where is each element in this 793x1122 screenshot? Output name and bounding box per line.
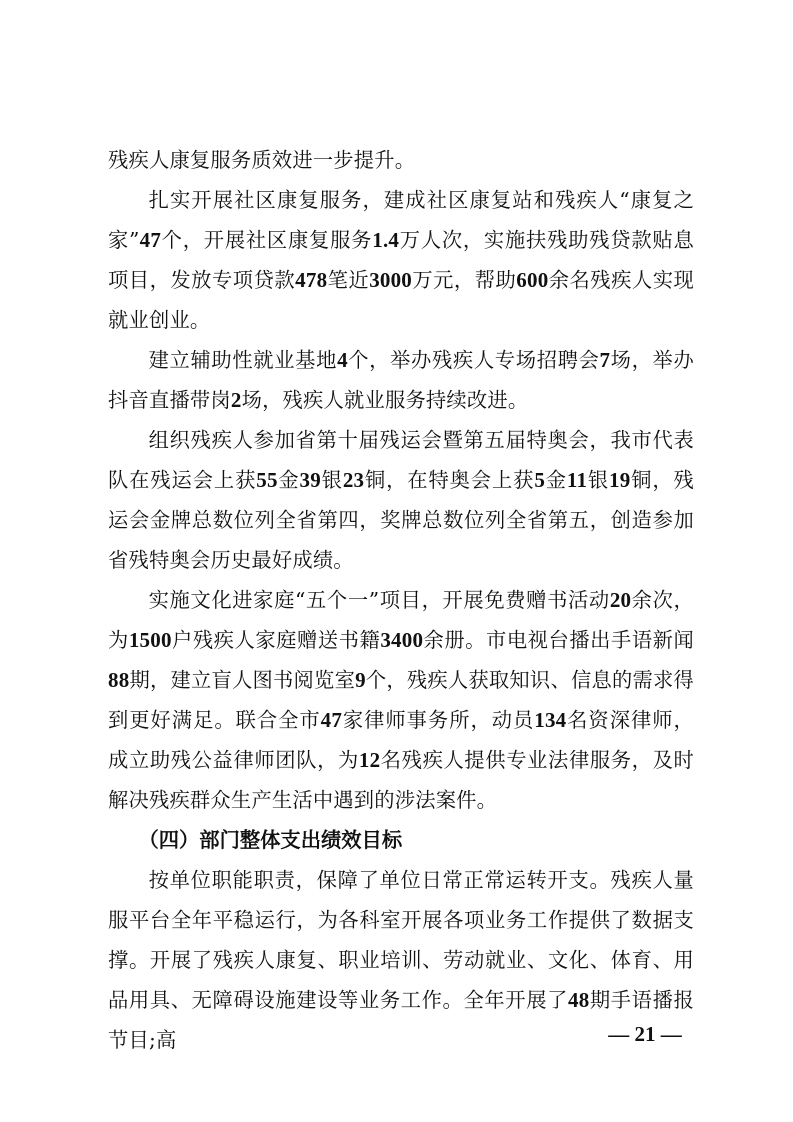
bold-figure: 4 <box>337 348 348 372</box>
text-run: 铜，在特奥会上获 <box>364 468 534 492</box>
bold-figure: 5 <box>534 468 545 492</box>
bold-figure: 55 <box>256 468 277 492</box>
text-run: 个，开展社区康复服务 <box>161 228 372 252</box>
bold-figure: 478 <box>295 268 327 292</box>
bold-figure: 39 <box>300 468 321 492</box>
text-run: 金 <box>278 468 300 492</box>
text-run: （四）部门整体支出绩效目标 <box>138 828 402 852</box>
bold-figure: 47 <box>321 708 342 732</box>
text-run: 家律师事务所，动员 <box>342 708 534 732</box>
bold-figure: 48 <box>568 988 589 1012</box>
bold-figure: 23 <box>343 468 364 492</box>
text-run: 余册。市电视台播出手语新闻 <box>423 628 694 652</box>
bold-figure: 1.4 <box>372 228 399 252</box>
text-run: 银 <box>587 468 609 492</box>
bold-figure: 20 <box>610 588 631 612</box>
paragraph-employment: 建立辅助性就业基地4个，举办残疾人专场招聘会7场，举办抖音直播带岗2场，残疾人就… <box>108 340 694 420</box>
bold-figure: 9 <box>355 668 366 692</box>
bold-figure: 12 <box>359 748 380 772</box>
paragraph-sports: 组织残疾人参加省第十届残运会暨第五届特奥会，我市代表队在残运会上获55金39银2… <box>108 420 694 580</box>
text-run: 实施文化进家庭“五个一”项目，开展免费赠书活动 <box>149 588 610 612</box>
page-number: — 21 — <box>600 1022 690 1047</box>
document-body: 残疾人康复服务质效进一步提升。 扎实开展社区康复服务，建成社区康复站和残疾人“康… <box>108 140 694 1060</box>
paragraph-community-rehab: 扎实开展社区康复服务，建成社区康复站和残疾人“康复之家”47个，开展社区康复服务… <box>108 180 694 340</box>
bold-figure: 134 <box>534 708 566 732</box>
text-run: 残疾人康复服务质效进一步提升。 <box>108 148 415 172</box>
text-run: 个，举办残疾人专场招聘会 <box>348 348 600 372</box>
bold-figure: 47 <box>140 228 161 252</box>
bold-figure: 3400 <box>380 628 423 652</box>
paragraph-culture-legal: 实施文化进家庭“五个一”项目，开展免费赠书活动20余次，为1500户残疾人家庭赠… <box>108 580 694 820</box>
paragraph-continuation: 残疾人康复服务质效进一步提升。 <box>108 140 694 180</box>
text-run: 笔近 <box>327 268 369 292</box>
bold-figure: 88 <box>108 668 129 692</box>
bold-figure: 7 <box>600 348 611 372</box>
section-heading: （四）部门整体支出绩效目标 <box>108 820 694 860</box>
bold-figure: 11 <box>567 468 587 492</box>
text-run: 户残疾人家庭赠送书籍 <box>172 628 381 652</box>
text-run: 建立辅助性就业基地 <box>149 348 337 372</box>
text-run: 场，残疾人就业服务持续改进。 <box>242 388 529 412</box>
text-run: 金 <box>545 468 567 492</box>
bold-figure: 600 <box>516 268 548 292</box>
bold-figure: 1500 <box>129 628 172 652</box>
bold-figure: 2 <box>231 388 242 412</box>
text-run: 万元，帮助 <box>412 268 516 292</box>
text-run: 期，建立盲人图书阅览室 <box>129 668 355 692</box>
bold-figure: 3000 <box>369 268 412 292</box>
text-run: 银 <box>321 468 343 492</box>
bold-figure: 19 <box>609 468 630 492</box>
